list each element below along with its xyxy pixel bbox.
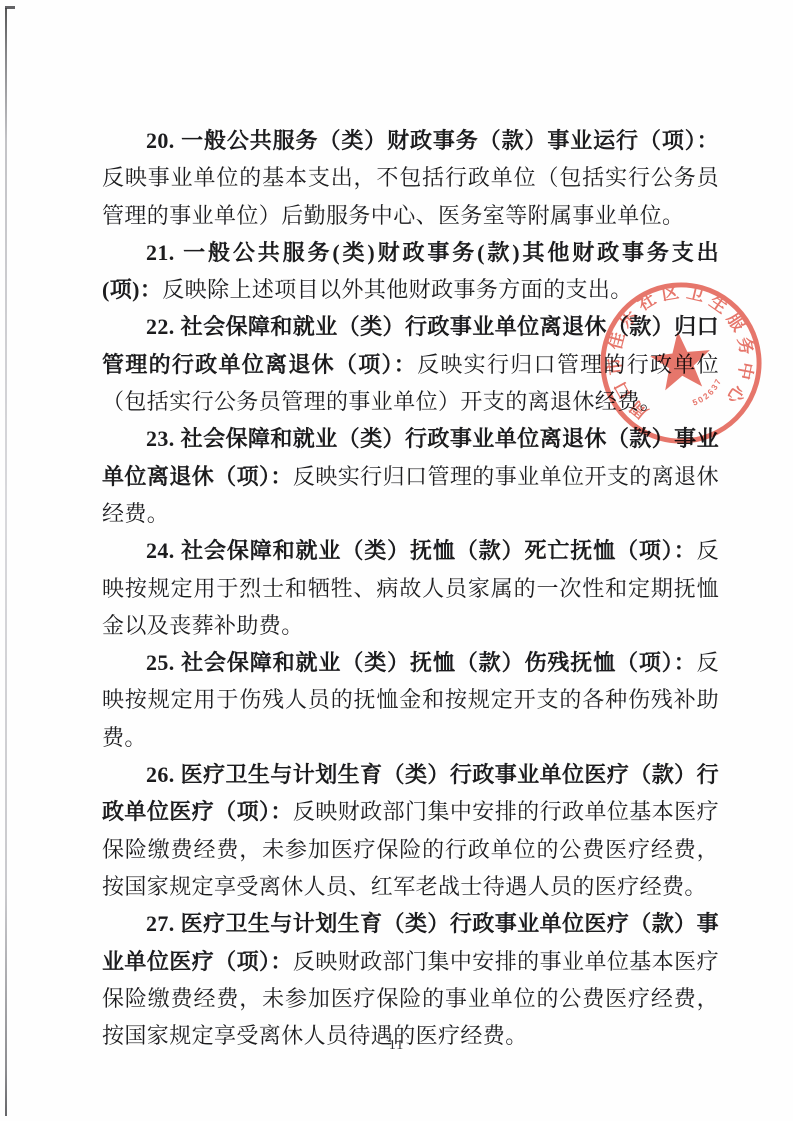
document-page: 20. 一般公共服务（类）财政事务（款）事业运行（项）：反映事业单位的基本支出，… — [0, 0, 793, 1121]
scan-corner-mark — [5, 6, 15, 9]
clause-list: 20. 一般公共服务（类）财政事务（款）事业运行（项）：反映事业单位的基本支出，… — [102, 122, 719, 1054]
clause-heading: 24. 社会保障和就业（类）抚恤（款）死亡抚恤（项）： — [146, 538, 697, 563]
clause-paragraph: 26. 医疗卫生与计划生育（类）行政事业单位医疗（款）行政单位医疗（项）：反映财… — [102, 756, 719, 905]
clause-paragraph: 20. 一般公共服务（类）财政事务（款）事业运行（项）：反映事业单位的基本支出，… — [102, 122, 719, 234]
clause-body: 反映事业单位的基本支出，不包括行政单位（包括实行公务员管理的事业单位）后勤服务中… — [102, 165, 719, 227]
clause-heading: 20. 一般公共服务（类）财政事务（款）事业运行（项）： — [146, 128, 719, 153]
page-number: 11 — [389, 1038, 404, 1053]
clause-paragraph: 23. 社会保障和就业（类）行政事业单位离退休（款）事业单位离退休（项）：反映实… — [102, 420, 719, 532]
clause-paragraph: 25. 社会保障和就业（类）抚恤（款）伤残抚恤（项）：反映按规定用于伤残人员的抚… — [102, 644, 719, 756]
page-footer: 11 — [0, 1036, 793, 1054]
clause-body: 反映除上述项目以外其他财政事务方面的支出。 — [162, 277, 632, 302]
clause-paragraph: 21. 一般公共服务(类)财政事务(款)其他财政事务支出(项)：反映除上述项目以… — [102, 234, 719, 309]
clause-paragraph: 24. 社会保障和就业（类）抚恤（款）死亡抚恤（项）：反映按规定用于烈士和牺牲、… — [102, 532, 719, 644]
scan-edge-line — [5, 8, 7, 1116]
clause-paragraph: 22. 社会保障和就业（类）行政事业单位离退休（款）归口管理的行政单位离退休（项… — [102, 308, 719, 420]
document-body: 20. 一般公共服务（类）财政事务（款）事业运行（项）：反映事业单位的基本支出，… — [102, 122, 719, 1054]
clause-heading: 25. 社会保障和就业（类）抚恤（款）伤残抚恤（项）： — [146, 650, 697, 675]
clause-paragraph: 27. 医疗卫生与计划生育（类）行政事业单位医疗（款）事业单位医疗（项）：反映财… — [102, 905, 719, 1054]
